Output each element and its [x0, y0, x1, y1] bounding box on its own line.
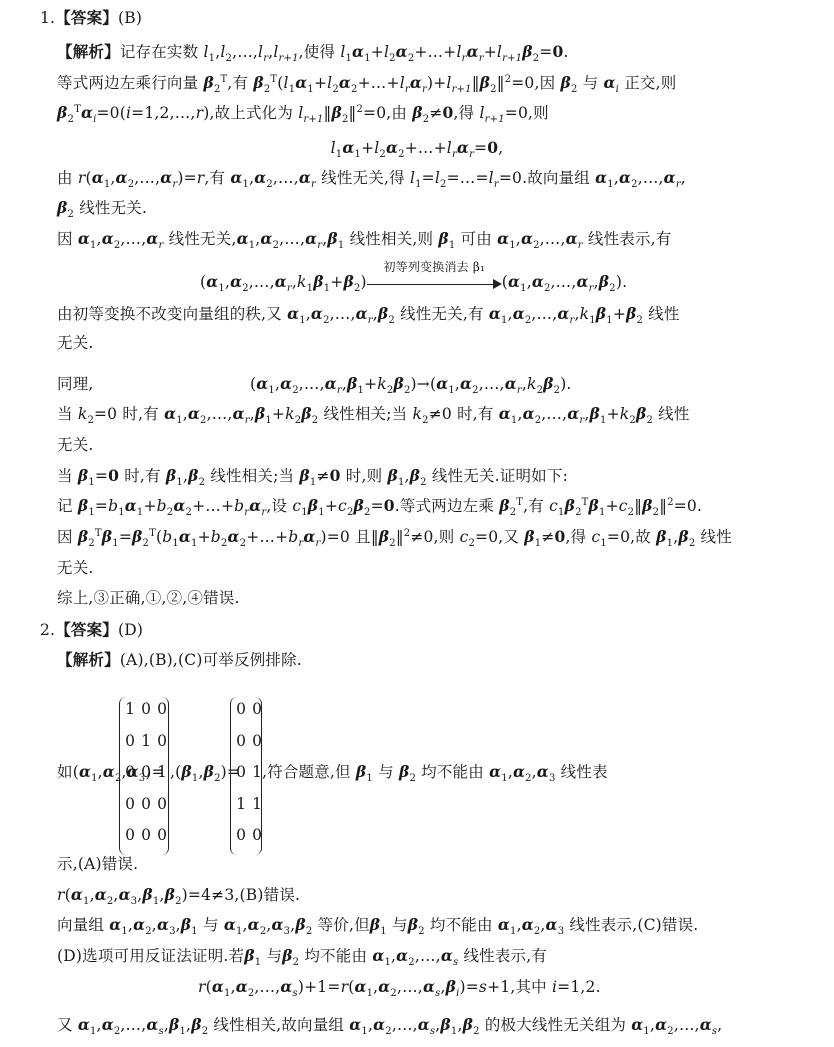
text: 均不能由	[421, 763, 484, 781]
text: 的极大线性无关组为	[485, 1016, 626, 1034]
p1-transform-2: (α1,α2,…,αr,β1+k2β2)→(α1,α2,…,αr,k2β2).	[250, 374, 572, 394]
p1-transform-1: (α1,α2,…,αr,k1β1+β2)初等列变换消去 β₁(α1,α2,…,α…	[200, 272, 627, 293]
p1-line-13: 无关.	[57, 435, 94, 455]
text: ,有	[463, 305, 484, 323]
text: 线性无关.	[79, 199, 147, 217]
p1-line-15: 记 β1=b1α1+b2α2+…+brαr,设 c1β1+c2β2=0.等式两边…	[57, 496, 702, 516]
text: ,符合题意,但	[262, 763, 351, 781]
text: ,由	[386, 104, 407, 122]
text: 线性相关;当	[323, 405, 407, 423]
text: 无关.	[57, 436, 94, 454]
text: ,又	[498, 528, 519, 546]
p2-line-d: (D)选项可用反证法证明.若β1 与β2 均不能由 α1,α2,…,αs 线性表…	[57, 946, 547, 966]
text: 均不能由	[304, 947, 367, 965]
text: (A),(B),(C)可举反例排除.	[120, 651, 302, 669]
text: 等价,但	[318, 916, 370, 934]
text: 线性	[701, 528, 732, 546]
text: 且	[355, 528, 371, 546]
text: 无关.	[57, 559, 94, 577]
problem-number: 2.	[40, 621, 55, 639]
text: 当	[57, 405, 73, 423]
matrix-cell: 0	[152, 826, 172, 844]
matrix-cell: 1	[152, 763, 172, 781]
text: 向量组	[57, 916, 104, 934]
analysis-tag: 【解析】	[57, 43, 120, 61]
text: 由初等变换不改变向量组的秩,又	[57, 305, 282, 323]
matrix-cell: 0	[152, 700, 172, 718]
text: ,有	[227, 74, 248, 92]
p1-summary: 综上,③正确,①,②,④错误.	[57, 588, 240, 608]
text: ,使得	[299, 43, 336, 61]
p2-line-final: 又 α1,α2,…,αs,β1,β2 线性相关,故向量组 α1,α2,…,αs,…	[57, 1015, 722, 1035]
text: 线性表示,有	[463, 947, 547, 965]
text: 线性相关;当	[210, 467, 294, 485]
text: 线性	[658, 405, 689, 423]
text: ,得	[566, 528, 587, 546]
text: 当	[57, 467, 73, 485]
text: 记	[57, 497, 73, 515]
text: ,故上式化为	[209, 104, 293, 122]
text: ,则	[528, 104, 549, 122]
text: 如	[57, 763, 73, 781]
text: ,设	[266, 497, 287, 515]
matrix-cell: 1	[247, 795, 267, 813]
text: 时,有	[124, 467, 161, 485]
p1-line-3: β2Tαi=0(i=1,2,…,r),故上式化为 lr+1‖β2‖2=0,由 β…	[57, 103, 549, 123]
text: 时,有	[457, 405, 494, 423]
text: 正交,则	[624, 74, 676, 92]
matrix-cell: 0	[247, 700, 267, 718]
text: ,则	[412, 230, 433, 248]
p1-line-6: β2 线性无关.	[57, 198, 147, 218]
text: 时,有	[122, 405, 159, 423]
p1-line-5: 由 r(α1,α2,…,αr)=r,有 α1,α2,…,αr 线性无关,得 l1…	[57, 168, 686, 188]
answer-tag: 【答案】	[55, 621, 118, 639]
p1-line-1: 【解析】记存在实数 l1,l2,…,lr,lr+1,使得 l1α1+l2α2+……	[57, 42, 569, 62]
text: ,故	[630, 528, 651, 546]
p1-line-11: 同理,	[57, 374, 94, 394]
text: .等式两边左乘	[395, 497, 494, 515]
text: 线性无关.证明如下:	[432, 467, 568, 485]
text: ,得	[384, 169, 405, 187]
transform-arrow: 初等列变换消去 β₁	[367, 273, 502, 293]
text: 均不能由	[430, 916, 493, 934]
p1-line-10: 无关.	[57, 333, 94, 353]
text: 无关.	[57, 334, 94, 352]
text: 与	[266, 947, 282, 965]
p2-example-right: ,符合题意,但 β1 与 β2 均不能由 α1,α2,α3 线性表	[262, 762, 608, 782]
text: ,得	[454, 104, 475, 122]
arrow-label: 初等列变换消去 β₁	[367, 257, 502, 277]
text: 线性相关	[350, 230, 413, 248]
arrow-right-icon	[493, 279, 502, 289]
text: =4≠3,(B)错误.	[188, 886, 300, 904]
text: 因	[57, 230, 73, 248]
matrix-cell: 0	[247, 826, 267, 844]
text: 与	[203, 916, 219, 934]
p2-rank-equation: r(α1,α2,…,αs)+1=r(α1,α2,…,αs,βi)=s+1,其中 …	[198, 977, 601, 997]
text: 线性无关	[400, 305, 463, 323]
matrix-cell: 0	[152, 795, 172, 813]
p1-line-16: 因 β2Tβ1=β2T(b1α1+b2α2+…+brαr)=0 且‖β2‖2≠0…	[57, 527, 732, 547]
p2-line-c: 向量组 α1,α2,α3,β1 与 α1,α2,α3,β2 等价,但β1 与β2…	[57, 915, 698, 935]
text: 线性无关	[169, 230, 232, 248]
text: 与	[392, 916, 408, 934]
text: 时,则	[346, 467, 383, 485]
text: 线性表	[561, 763, 608, 781]
text: 又	[57, 1016, 73, 1034]
matrix-cell: 0	[247, 732, 267, 750]
text: ,因	[534, 74, 555, 92]
text: .	[563, 43, 568, 61]
problem-number: 1.	[40, 9, 55, 27]
p1-line-9: 由初等变换不改变向量组的秩,又 α1,α2,…,αr,β2 线性无关,有 α1,…	[57, 304, 680, 324]
p2-line-b: r(α1,α2,α3,β1,β2)=4≠3,(B)错误.	[57, 885, 300, 905]
text: .故向量组	[522, 169, 590, 187]
problem-1-header: 1.【答案】(B)	[40, 8, 142, 28]
p1-line-17: 无关.	[57, 558, 94, 578]
p1-line-12: 当 k2=0 时,有 α1,α2,…,αr,β1+k2β2 线性相关;当 k2≠…	[57, 404, 690, 424]
text: 线性表示,(C)错误.	[569, 916, 698, 934]
p1-line-2: 等式两边左乘行向量 β2T,有 β2T(l1α1+l2α2+…+lrαr)+lr…	[57, 73, 676, 93]
text: 综上,③正确,①,②,④错误.	[57, 589, 240, 607]
arrow-right-icon: →	[417, 375, 430, 393]
problem-2-header: 2.【答案】(D)	[40, 620, 143, 640]
answer-value: (D)	[118, 621, 143, 639]
answer-tag: 【答案】	[55, 9, 118, 27]
p1-line-7: 因 α1,α2,…,αr 线性无关,α1,α2,…,αr,β1 线性相关,则 β…	[57, 229, 672, 249]
text: 线性表示,有	[588, 230, 672, 248]
text: 示,(A)错误.	[57, 855, 138, 873]
analysis-tag: 【解析】	[57, 651, 120, 669]
text: 与	[378, 763, 394, 781]
p2-analysis-intro: 【解析】(A),(B),(C)可举反例排除.	[57, 650, 302, 670]
text: 与	[583, 74, 599, 92]
matrix-cell: 0	[152, 732, 172, 750]
p1-equation-1: l1α1+l2α2+…+lrαr=0,	[0, 138, 834, 158]
text: ,其中	[510, 978, 547, 996]
text: 线性相关,故向量组	[213, 1016, 344, 1034]
text: 线性无关	[321, 169, 384, 187]
answer-value: (B)	[118, 9, 142, 27]
text: 等式两边左乘行向量	[57, 74, 198, 92]
text: 线性	[648, 305, 679, 323]
text: ,则	[434, 528, 455, 546]
text: 记存在实数	[120, 43, 199, 61]
p1-line-14: 当 β1=0 时,有 β1,β2 线性相关;当 β1≠0 时,则 β1,β2 线…	[57, 466, 568, 486]
text: 因	[57, 528, 73, 546]
text: 可由	[461, 230, 492, 248]
text: ,有	[204, 169, 225, 187]
text: (D)选项可用反证法证明.若	[57, 947, 244, 965]
p2-line-a: 示,(A)错误.	[57, 854, 138, 874]
text: 同理,	[57, 375, 94, 393]
text: ,有	[523, 497, 544, 515]
